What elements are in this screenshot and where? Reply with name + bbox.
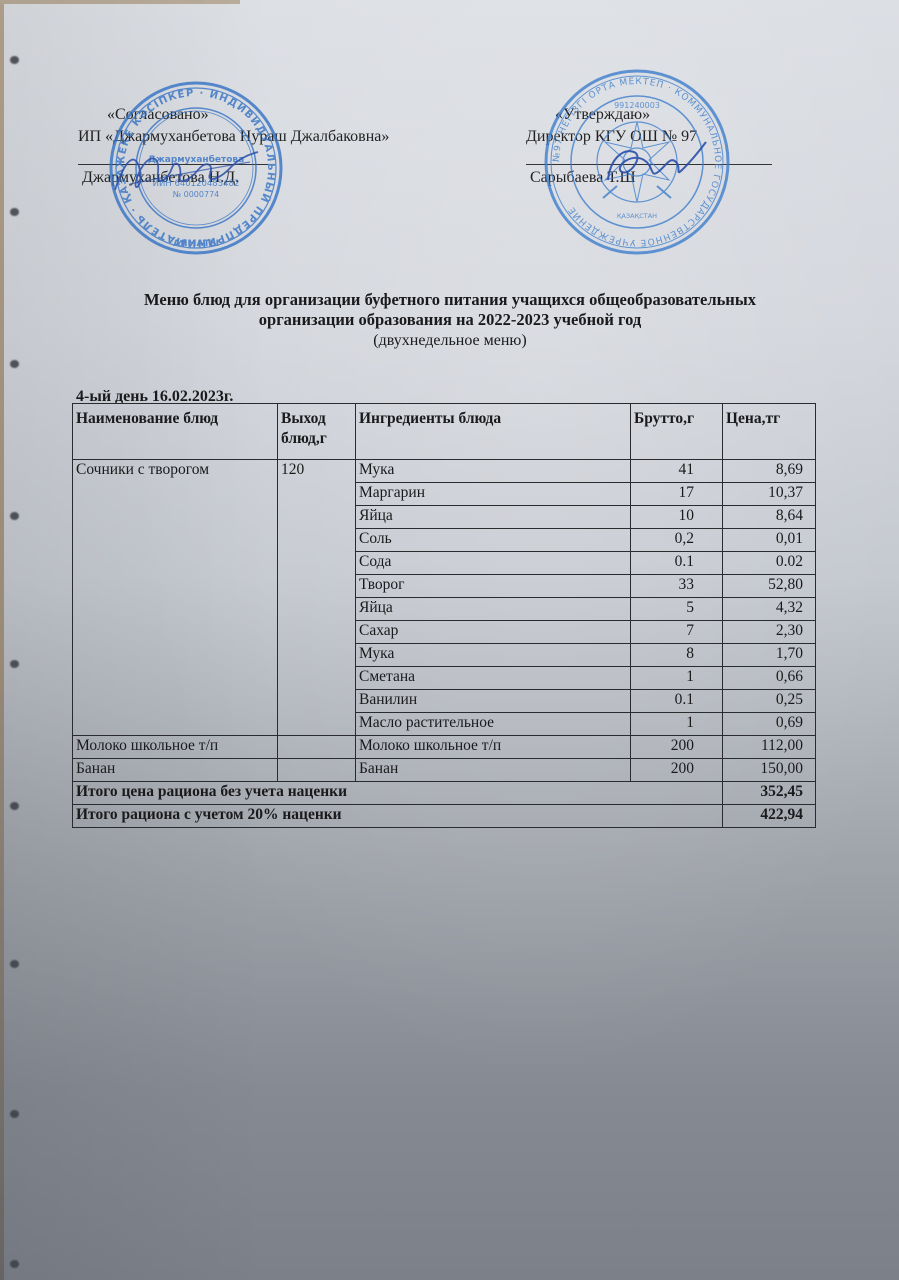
ingredient-gross: 7 bbox=[631, 621, 723, 644]
table-header-row: Наименование блюд Выход блюд,г Ингредиен… bbox=[73, 404, 816, 460]
ingredient-price: 0.02 bbox=[723, 552, 816, 575]
header-gross: Брутто,г bbox=[631, 404, 723, 460]
page-top-edge bbox=[0, 0, 240, 4]
table-row: БананБанан200150,00 bbox=[73, 759, 816, 782]
dish-name: Молоко школьное т/п bbox=[73, 736, 278, 759]
ingredient-name: Творог bbox=[356, 575, 631, 598]
ingredient-gross: 8 bbox=[631, 644, 723, 667]
ingredient-gross: 0.1 bbox=[631, 552, 723, 575]
table-row: Сочники с творогом120Мука418,69 bbox=[73, 460, 816, 483]
stamp-center-text: ҚАЗАҚСТАН bbox=[617, 212, 657, 220]
menu-table-body: Сочники с творогом120Мука418,69Маргарин1… bbox=[73, 460, 816, 828]
ingredient-gross: 200 bbox=[631, 759, 723, 782]
ingredient-price: 0,01 bbox=[723, 529, 816, 552]
total-value: 352,45 bbox=[723, 782, 816, 805]
punch-hole-mark bbox=[10, 512, 19, 520]
ingredient-price: 1,70 bbox=[723, 644, 816, 667]
header-dish-name: Наименование блюд bbox=[73, 404, 278, 460]
ingredient-name: Соль bbox=[356, 529, 631, 552]
document-title: Меню блюд для организации буфетного пита… bbox=[60, 290, 840, 351]
ingredient-gross: 33 bbox=[631, 575, 723, 598]
signature-scribble-icon bbox=[110, 140, 260, 200]
dish-name: Сочники с творогом bbox=[73, 460, 278, 736]
total-row: Итого рациона с учетом 20% наценки422,94 bbox=[73, 805, 816, 828]
ingredient-name: Сахар bbox=[356, 621, 631, 644]
ingredient-price: 8,69 bbox=[723, 460, 816, 483]
ingredient-name: Ванилин bbox=[356, 690, 631, 713]
dish-name: Банан bbox=[73, 759, 278, 782]
ingredient-name: Сода bbox=[356, 552, 631, 575]
punch-hole-mark bbox=[10, 360, 19, 368]
ingredient-gross: 10 bbox=[631, 506, 723, 529]
punch-hole-mark bbox=[10, 960, 19, 968]
dish-output: 120 bbox=[278, 460, 356, 736]
dish-output bbox=[278, 736, 356, 759]
page-left-edge bbox=[0, 0, 4, 1280]
header-price: Цена,тг bbox=[723, 404, 816, 460]
ingredient-gross: 200 bbox=[631, 736, 723, 759]
ingredient-gross: 17 bbox=[631, 483, 723, 506]
stamp-id: 991240003 bbox=[614, 101, 660, 110]
ingredient-name: Банан bbox=[356, 759, 631, 782]
ingredient-price: 0,25 bbox=[723, 690, 816, 713]
header-output: Выход блюд,г bbox=[278, 404, 356, 460]
ingredient-price: 52,80 bbox=[723, 575, 816, 598]
ingredient-name: Молоко школьное т/п bbox=[356, 736, 631, 759]
ingredient-gross: 1 bbox=[631, 713, 723, 736]
ingredient-name: Маргарин bbox=[356, 483, 631, 506]
ingredient-gross: 1 bbox=[631, 667, 723, 690]
total-label: Итого цена рациона без учета наценки bbox=[73, 782, 723, 805]
ingredient-price: 8,64 bbox=[723, 506, 816, 529]
ingredient-name: Мука bbox=[356, 460, 631, 483]
ingredient-gross: 41 bbox=[631, 460, 723, 483]
ingredient-price: 10,37 bbox=[723, 483, 816, 506]
dish-output bbox=[278, 759, 356, 782]
title-subtitle: (двухнедельное меню) bbox=[60, 331, 840, 351]
header-ingredients: Ингредиенты блюда bbox=[356, 404, 631, 460]
table-row: Молоко школьное т/пМолоко школьное т/п20… bbox=[73, 736, 816, 759]
punch-hole-mark bbox=[10, 1110, 19, 1118]
ingredient-name: Масло растительное bbox=[356, 713, 631, 736]
total-row: Итого цена рациона без учета наценки352,… bbox=[73, 782, 816, 805]
ingredient-name: Мука bbox=[356, 644, 631, 667]
ingredient-price: 0,69 bbox=[723, 713, 816, 736]
punch-hole-mark bbox=[10, 208, 19, 216]
menu-table: Наименование блюд Выход блюд,г Ингредиен… bbox=[72, 403, 816, 828]
ingredient-name: Сметана bbox=[356, 667, 631, 690]
total-value: 422,94 bbox=[723, 805, 816, 828]
ingredient-price: 0,66 bbox=[723, 667, 816, 690]
ingredient-price: 2,30 bbox=[723, 621, 816, 644]
ingredient-gross: 0.1 bbox=[631, 690, 723, 713]
ingredient-name: Яйца bbox=[356, 506, 631, 529]
punch-hole-mark bbox=[10, 1260, 19, 1268]
ingredient-price: 112,00 bbox=[723, 736, 816, 759]
ingredient-name: Яйца bbox=[356, 598, 631, 621]
total-label: Итого рациона с учетом 20% наценки bbox=[73, 805, 723, 828]
ingredient-price: 150,00 bbox=[723, 759, 816, 782]
punch-hole-mark bbox=[10, 802, 19, 810]
punch-hole-mark bbox=[10, 660, 19, 668]
ingredient-price: 4,32 bbox=[723, 598, 816, 621]
ingredient-gross: 0,2 bbox=[631, 529, 723, 552]
title-line-1: Меню блюд для организации буфетного пита… bbox=[60, 290, 840, 310]
ingredient-gross: 5 bbox=[631, 598, 723, 621]
punch-hole-mark bbox=[10, 56, 19, 64]
signature-scribble-icon bbox=[600, 138, 710, 188]
stamp-city: АЛМАТЫ bbox=[173, 239, 219, 249]
title-line-2: организации образования на 2022-2023 уче… bbox=[60, 310, 840, 330]
